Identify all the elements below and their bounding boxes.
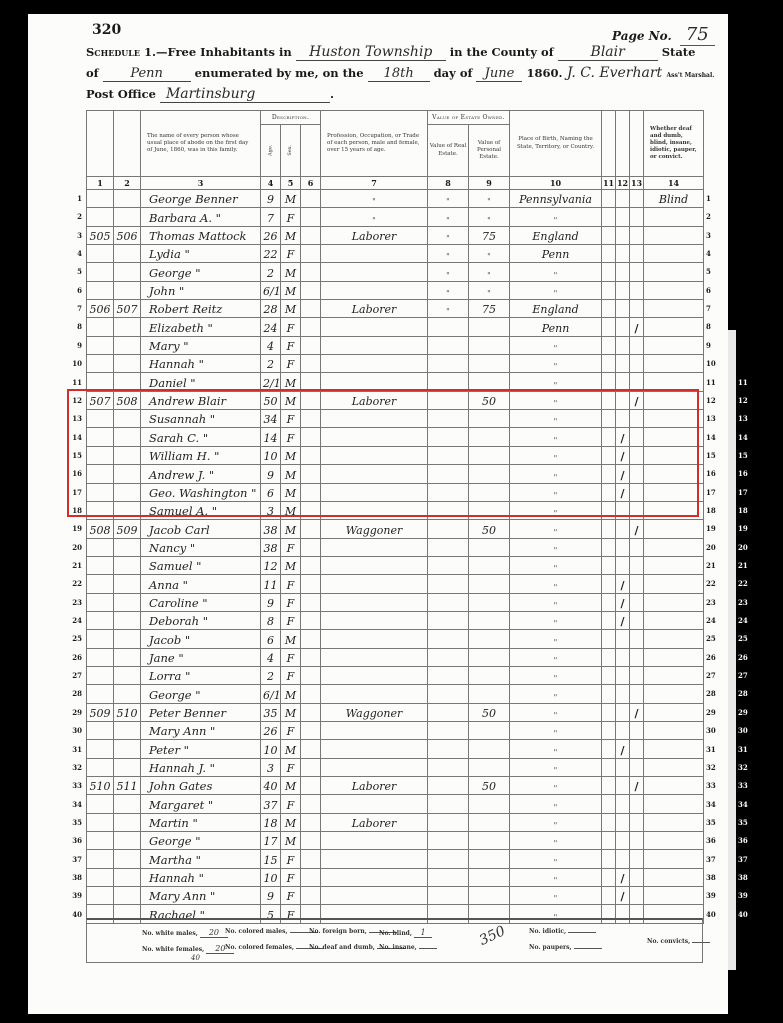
dwelling-number [87,850,114,868]
person-name: Lydia " [141,245,261,263]
post-office-field: Martinsburg [160,86,330,103]
table-row: George "6/12M" [87,685,704,703]
dwelling-number [87,483,114,501]
family-number [114,850,141,868]
adjacent-page-line-number: 38 [738,873,752,882]
adjacent-page-line-number: 28 [738,689,752,698]
school-mark [616,832,630,850]
dwelling-number [87,373,114,391]
dwelling-number [87,832,114,850]
sex: F [281,355,301,373]
line-number: 40 [706,910,720,919]
married-mark [602,630,616,648]
birthplace: " [510,630,602,648]
sex: F [281,758,301,776]
age: 37 [261,795,281,813]
real-estate-value: " [428,281,469,299]
table-row: Peter "10M"/ [87,740,704,758]
age: 9 [261,190,281,208]
age: 26 [261,721,281,739]
line-number: 38 [706,873,720,882]
illiterate-mark [630,190,644,208]
sex: M [281,630,301,648]
line-number: 2 [706,212,720,221]
school-mark [616,721,630,739]
birthplace: " [510,758,602,776]
dwelling-number [87,611,114,629]
person-name: Robert Reitz [141,300,261,318]
person-name: Susannah " [141,410,261,428]
color [301,208,321,226]
person-name: William H. " [141,446,261,464]
personal-estate-value: 75 [469,226,510,244]
condition [644,483,704,501]
age: 2 [261,263,281,281]
dwelling-number: 510 [87,777,114,795]
sex: F [281,721,301,739]
sex: M [281,391,301,409]
real-estate-value [428,428,469,446]
adjacent-page-line-number: 31 [738,745,752,754]
person-name: Nancy " [141,538,261,556]
age: 14 [261,428,281,446]
person-name: Martin " [141,813,261,831]
table-row: Sarah C. "14F"/ [87,428,704,446]
condition [644,410,704,428]
line-number: 18 [706,506,720,515]
occupation [321,685,428,703]
real-estate-value [428,611,469,629]
color [301,832,321,850]
condition [644,832,704,850]
personal-estate-value [469,685,510,703]
school-mark [616,795,630,813]
married-mark [602,611,616,629]
line-number: 13 [62,414,82,423]
birthplace: " [510,721,602,739]
birthplace: " [510,685,602,703]
line-number: 21 [62,561,82,570]
married-mark [602,208,616,226]
adjacent-page-line-number: 20 [738,543,752,552]
sex: M [281,685,301,703]
school-mark [616,758,630,776]
table-row: 508509Jacob Carl38MWaggoner50"/ [87,520,704,538]
family-number [114,630,141,648]
real-estate-value [428,538,469,556]
birthplace: Penn [510,245,602,263]
real-estate-value [428,501,469,519]
line-number: 26 [706,653,720,662]
family-number [114,666,141,684]
sex: M [281,703,301,721]
post-office-line: Post Office Martinsburg. [86,86,334,103]
page-number-value: 75 [680,24,715,46]
occupation [321,245,428,263]
line-number: 28 [706,689,720,698]
birthplace: " [510,648,602,666]
occupation [321,648,428,666]
line-number: 27 [62,671,82,680]
table-row: Samuel "12M" [87,556,704,574]
enumeration-line: of Penn enumerated by me, on the 18th da… [86,65,714,82]
illiterate-mark [630,611,644,629]
person-name: Deborah " [141,611,261,629]
color [301,685,321,703]
convicts-count: No. convicts, [647,938,710,945]
personal-estate-value [469,336,510,354]
line-number: 5 [62,267,82,276]
real-estate-value [428,850,469,868]
condition [644,336,704,354]
age: 11 [261,575,281,593]
line-number: 13 [706,414,720,423]
illiterate-mark [630,483,644,501]
line-number: 9 [62,341,82,350]
table-row: 505506Thomas Mattock26MLaborer"75England [87,226,704,244]
table-row: Lydia "22F""Penn [87,245,704,263]
condition [644,263,704,281]
adjacent-page-line-number: 19 [738,524,752,533]
occupation [321,336,428,354]
occupation: Laborer [321,813,428,831]
occupation [321,832,428,850]
adjacent-page-line-number: 27 [738,671,752,680]
school-mark [616,777,630,795]
school-mark [616,666,630,684]
table-row: George "2M""" [87,263,704,281]
table-row: Nancy "38F" [87,538,704,556]
header-personal-estate: Value of Personal Estate. [469,125,510,177]
adjacent-page-line-number: 12 [738,396,752,405]
person-name: John Gates [141,777,261,795]
header-estate: Value of Estate Owned. [428,111,510,125]
personal-estate-value: " [469,281,510,299]
sex: M [281,777,301,795]
birthplace: Pennsylvania [510,190,602,208]
age: 38 [261,538,281,556]
header-condition: Whether deaf and dumb, blind, insane, id… [644,111,704,177]
married-mark [602,501,616,519]
real-estate-value [428,373,469,391]
page-summary: No. white males, 20 No. white females, 2… [86,918,703,963]
person-name: Jacob Carl [141,520,261,538]
birthplace: England [510,300,602,318]
dwelling-number [87,556,114,574]
real-estate-value [428,868,469,886]
color [301,245,321,263]
color [301,391,321,409]
family-number [114,758,141,776]
age: 40 [261,777,281,795]
adjacent-page-line-number: 16 [738,469,752,478]
occupation: Waggoner [321,520,428,538]
personal-estate-value [469,887,510,905]
line-number: 31 [706,745,720,754]
header-illiterate: Persons over 20 y'rs of age who cannot r… [630,111,644,177]
occupation [321,428,428,446]
condition [644,465,704,483]
illiterate-mark [630,740,644,758]
idiotic-count: No. idiotic, [529,928,596,935]
table-row: Margaret "37F" [87,795,704,813]
family-number: 507 [114,300,141,318]
line-number: 31 [62,745,82,754]
married-mark [602,685,616,703]
table-row: Jane "4F" [87,648,704,666]
color [301,758,321,776]
family-number [114,887,141,905]
header-family: Families numbered in the order of visita… [114,111,141,177]
school-mark: / [616,740,630,758]
table-row: Anna "11F"/ [87,575,704,593]
illiterate-mark [630,263,644,281]
dwelling-number: 509 [87,703,114,721]
illiterate-mark: / [630,318,644,336]
real-estate-value [428,410,469,428]
dwelling-number: 505 [87,226,114,244]
page-number: Page No. 75 [612,24,715,46]
dwelling-number [87,446,114,464]
line-number: 35 [706,818,720,827]
sex: F [281,666,301,684]
occupation [321,740,428,758]
personal-estate-value [469,813,510,831]
line-number: 39 [706,891,720,900]
condition: Blind [644,190,704,208]
sex: M [281,520,301,538]
age: 15 [261,850,281,868]
condition [644,703,704,721]
line-number: 37 [62,855,82,864]
condition [644,281,704,299]
sex: F [281,336,301,354]
adjacent-page-line-number: 39 [738,891,752,900]
age: 26 [261,226,281,244]
dwelling-number [87,410,114,428]
personal-estate-value [469,428,510,446]
sex: F [281,648,301,666]
personal-estate-value [469,318,510,336]
dwelling-number [87,685,114,703]
table-row: Mary Ann "9F"/ [87,887,704,905]
age: 24 [261,318,281,336]
table-row: Lorra "2F" [87,666,704,684]
line-number: 10 [62,359,82,368]
condition [644,648,704,666]
color [301,281,321,299]
family-number [114,208,141,226]
sex: M [281,740,301,758]
color [301,538,321,556]
person-name: Caroline " [141,593,261,611]
birthplace: " [510,868,602,886]
real-estate-value [428,648,469,666]
school-mark: / [616,446,630,464]
school-mark [616,355,630,373]
illiterate-mark [630,721,644,739]
occupation [321,410,428,428]
married-mark [602,190,616,208]
color [301,703,321,721]
birthplace: " [510,795,602,813]
header-description: Description. [261,111,321,125]
table-row: 509510Peter Benner35MWaggoner50"/ [87,703,704,721]
color [301,483,321,501]
condition [644,611,704,629]
header-school: Attended School within the year. [616,111,630,177]
person-name: Hannah " [141,868,261,886]
age: 22 [261,245,281,263]
dwelling-number [87,758,114,776]
sex: M [281,832,301,850]
birthplace: " [510,575,602,593]
family-number [114,538,141,556]
line-number: 17 [706,488,720,497]
line-number: 23 [706,598,720,607]
sheet-number: 320 [92,22,121,38]
real-estate-value [428,483,469,501]
header-sex: Sex. [281,125,301,177]
adjacent-page-line-number: 37 [738,855,752,864]
person-name: Jacob " [141,630,261,648]
line-number: 7 [706,304,720,313]
family-number [114,465,141,483]
school-mark [616,501,630,519]
line-number: 6 [706,286,720,295]
line-number: 22 [706,579,720,588]
table-row: Elizabeth "24FPenn/ [87,318,704,336]
married-mark [602,538,616,556]
person-name: Sarah C. " [141,428,261,446]
illiterate-mark [630,758,644,776]
color [301,850,321,868]
personal-estate-value [469,832,510,850]
birthplace: " [510,850,602,868]
family-number [114,556,141,574]
line-number: 27 [706,671,720,680]
color [301,575,321,593]
personal-estate-value [469,501,510,519]
birthplace: " [510,373,602,391]
table-row: George "17M" [87,832,704,850]
color [301,373,321,391]
condition [644,428,704,446]
personal-estate-value: 50 [469,703,510,721]
table-row: John "6/12M""" [87,281,704,299]
family-number [114,740,141,758]
real-estate-value: " [428,208,469,226]
family-number [114,428,141,446]
sex: M [281,373,301,391]
person-name: Peter Benner [141,703,261,721]
person-name: Jane " [141,648,261,666]
adjacent-page-line-number: 26 [738,653,752,662]
adjacent-page-line-number: 25 [738,634,752,643]
table-row: 507508Andrew Blair50MLaborer50"/ [87,391,704,409]
dwelling-number [87,501,114,519]
sex: F [281,868,301,886]
sex: M [281,263,301,281]
personal-estate-value: 50 [469,391,510,409]
color [301,300,321,318]
school-mark [616,318,630,336]
dwelling-number [87,630,114,648]
school-mark: / [616,868,630,886]
color [301,593,321,611]
illiterate-mark [630,446,644,464]
condition [644,373,704,391]
table-row: Geo. Washington "6M"/ [87,483,704,501]
personal-estate-value [469,758,510,776]
illiterate-mark [630,593,644,611]
married-mark [602,263,616,281]
line-number: 29 [62,708,82,717]
line-number: 20 [62,543,82,552]
condition [644,795,704,813]
header-dwelling: Dwelling houses—numbered in the order of… [87,111,114,177]
condition [644,630,704,648]
family-number [114,373,141,391]
real-estate-value [428,685,469,703]
line-number: 18 [62,506,82,515]
dwelling-number [87,868,114,886]
line-number: 19 [62,524,82,533]
family-number [114,575,141,593]
age: 18 [261,813,281,831]
occupation [321,538,428,556]
condition [644,887,704,905]
dwelling-number [87,795,114,813]
illiterate-mark [630,556,644,574]
illiterate-mark [630,355,644,373]
family-number [114,318,141,336]
person-name: Samuel A. " [141,501,261,519]
occupation [321,593,428,611]
person-name: George " [141,263,261,281]
occupation [321,556,428,574]
real-estate-value [428,666,469,684]
illiterate-mark [630,575,644,593]
adjacent-page-line-number: 33 [738,781,752,790]
birthplace: " [510,520,602,538]
occupation [321,611,428,629]
condition [644,850,704,868]
school-mark: / [616,611,630,629]
school-mark [616,336,630,354]
white-females: No. white females, 20 [142,944,234,954]
line-number: 3 [706,231,720,240]
family-number: 509 [114,520,141,538]
illiterate-mark [630,795,644,813]
birthplace: England [510,226,602,244]
occupation [321,318,428,336]
sex: M [281,501,301,519]
table-row: Hannah J. "3F" [87,758,704,776]
color [301,410,321,428]
married-mark [602,703,616,721]
person-name: Hannah " [141,355,261,373]
real-estate-value: " [428,190,469,208]
age: 2 [261,355,281,373]
condition [644,318,704,336]
colored-males: No. colored males, [225,928,318,935]
dwelling-number [87,538,114,556]
married-mark [602,336,616,354]
family-number [114,648,141,666]
line-number: 14 [706,433,720,442]
age: 10 [261,740,281,758]
